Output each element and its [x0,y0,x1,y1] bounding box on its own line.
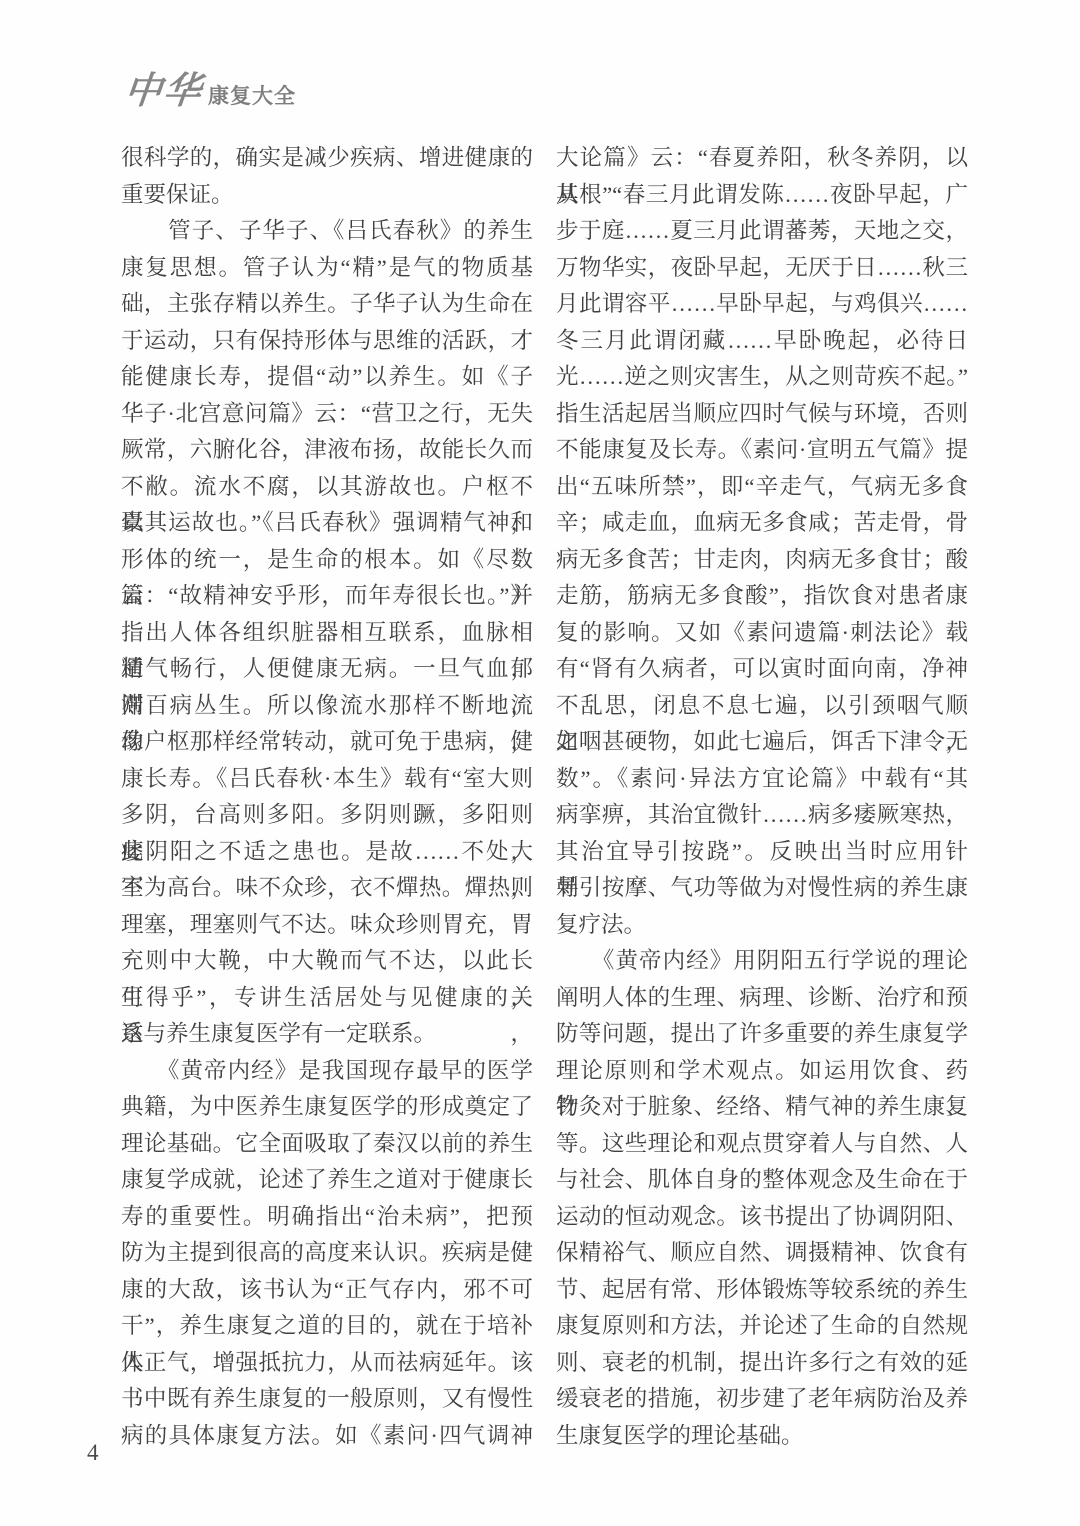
text-line: 康复原则和方法，并论述了生命的自然规 [556,1308,968,1345]
text-line: 不敝。流水不腐，以其游故也。户枢不橐， [121,469,533,506]
text-line: 础，主张存精以养生。子华子认为生命在 [121,286,533,323]
text-line: 防为主提到很高的高度来认识。疾病是健 [121,1235,533,1272]
right-text-column: 大论篇》云：“春夏养阳，秋冬养阴，以从其根”“春三月此谓发陈……夜卧早起，广步于… [556,140,968,1454]
text-line: 生康复医学的理论基础。 [556,1418,968,1455]
text-line: 书中既有养生康复的一般原则，又有慢性 [121,1381,533,1418]
text-line: 病无多食苦；甘走肉，肉病无多食甘；酸 [556,542,968,579]
text-line: 《黄帝内经》是我国现存最早的医学 [121,1053,533,1090]
text-line: 多阴，台高则多阳。多阴则蹶，多阳则痿， [121,797,533,834]
text-line: 大论篇》云：“春夏养阳，秋冬养阴，以从 [556,140,968,177]
text-line: 如咽甚硬物，如此七遍后，饵舌下津令无 [556,724,968,761]
text-line: 理论基础。它全面吸取了秦汉以前的养生 [121,1126,533,1163]
book-header-logo: 中华 康复大全 [125,60,296,110]
text-line: 复疗法。 [556,907,968,944]
logo-script-text: 中华 [122,60,206,114]
text-line: 《黄帝内经》用阴阳五行学说的理论 [556,943,968,980]
text-line: 有“肾有久病者，可以寅时面向南，净神 [556,651,968,688]
text-line: 万物华实，夜卧早起，无厌于日……秋三 [556,250,968,287]
text-line: 病的具体康复方法。如《素问·四气调神 [121,1418,533,1455]
text-line: 精气畅行，人便健康无病。一旦气血郁滞， [121,651,533,688]
text-line: 走筋，筋病无多食酸”，指饮食对患者康 [556,578,968,615]
text-line: 典籍，为中医养生康复医学的形成奠定了 [121,1089,533,1126]
text-line: 辛；咸走血，血病无多食咸；苦走骨，骨 [556,505,968,542]
text-line: 云：“故精神安乎形，而年寿很长也。”并 [121,578,533,615]
text-line: 寿的重要性。明确指出“治未病”，把预 [121,1199,533,1236]
text-line: 华子·北宫意问篇》云：“营卫之行，无失 [121,396,533,433]
text-line: 其根”“春三月此谓发陈……夜卧早起，广 [556,177,968,214]
logo-title-text: 康复大全 [208,80,296,110]
text-line: 能健康长寿，提倡“动”以养生。如《子 [121,359,533,396]
text-line: 冬三月此谓闭藏……早卧晚起，必待日 [556,323,968,360]
text-line: 以其运故也。”《吕氏春秋》强调精气神和 [121,505,533,542]
text-line: 厥常，六腑化谷，津液布扬，故能长久而 [121,432,533,469]
text-line: 导引按摩、气功等做为对慢性病的养生康 [556,870,968,907]
text-line: 其治宜导引按跷”。反映出当时应用针刺、 [556,834,968,871]
text-line: 出“五味所禁”，即“辛走气，气病无多食 [556,469,968,506]
text-line: 则、衰老的机制，提出许多行之有效的延 [556,1345,968,1382]
text-line: 防等问题，提出了许多重要的养生康复学 [556,1016,968,1053]
text-line: 节、起居有常、形体锻炼等较系统的养生 [556,1272,968,1309]
page-number: 4 [87,1440,99,1466]
text-line: 不能康复及长寿。《素问·宣明五气篇》提 [556,432,968,469]
text-line: 康复学成就，论述了养生之道对于健康长 [121,1162,533,1199]
text-line: 数”。《素问·异法方宜论篇》中载有“其 [556,761,968,798]
text-line: 很科学的，确实是减少疾病、增进健康的 [121,140,533,177]
text-line: 充则中大鞔，中大鞔而气不达，以此长生， [121,943,533,980]
text-line: 可得乎”，专讲生活居处与见健康的关系， [121,980,533,1017]
text-line: 管子、子华子、《吕氏春秋》的养生 [121,213,533,250]
text-line: 康的大敌，该书认为“正气存内，邪不可 [121,1272,533,1309]
text-line: 月此谓容平……早卧早起，与鸡俱兴…… [556,286,968,323]
text-line: 不为高台。味不众珍，衣不燀热。燀热则 [121,870,533,907]
text-line: 不乱思，闭息不息七遍，以引颈咽气顺之， [556,688,968,725]
text-line: 干”，养生康复之道的目的，就在于培补人 [121,1308,533,1345]
text-line: 保精裕气、顺应自然、调摄精神、饮食有 [556,1235,968,1272]
text-line: 重要保证。 [121,177,533,214]
text-line: 指出人体各组织脏器相互联系，血脉相通， [121,615,533,652]
text-line: 针灸对于脏象、经络、精气神的养生康复 [556,1089,968,1126]
text-line: 此阴阳之不适之患也。是故……不处大室， [121,834,533,871]
text-line: 等。这些理论和观点贯穿着人与自然、人 [556,1126,968,1163]
text-line: 理论原则和学术观点。如运用饮食、药物、 [556,1053,968,1090]
text-line: 与社会、肌体自身的整体观念及生命在于 [556,1162,968,1199]
text-line: 指生活起居当顺应四时气候与环境，否则 [556,396,968,433]
text-line: 复的影响。又如《素问遗篇·刺法论》载 [556,615,968,652]
text-line: 像户枢那样经常转动，就可免于患病，健 [121,724,533,761]
text-line: 阐明人体的生理、病理、诊断、治疗和预 [556,980,968,1017]
text-line: 病挛痹，其治宜微针……病多痿厥寒热， [556,797,968,834]
text-line: 步于庭……夏三月此谓蕃莠，天地之交， [556,213,968,250]
text-line: 理塞，理塞则气不达。味众珍则胃充，胃 [121,907,533,944]
text-line: 康复思想。管子认为“精”是气的物质基 [121,250,533,287]
text-line: 康长寿。《吕氏春秋·本生》载有“室大则 [121,761,533,798]
text-line: 光……逆之则灾害生，从之则苛疾不起。” [556,359,968,396]
book-page: 中华 康复大全 很科学的，确实是减少疾病、增进健康的重要保证。 管子、子华子、《… [0,0,1080,1526]
text-line: 体正气，增强抵抗力，从而祛病延年。该 [121,1345,533,1382]
text-line: 运动的恒动观念。该书提出了协调阴阳、 [556,1199,968,1236]
left-text-column: 很科学的，确实是减少疾病、增进健康的重要保证。 管子、子华子、《吕氏春秋》的养生… [121,140,533,1454]
text-line: 形体的统一，是生命的根本。如《尽数篇》 [121,542,533,579]
text-line: 于运动，只有保持形体与思维的活跃，才 [121,323,533,360]
text-line: 则百病丛生。所以像流水那样不断地流动， [121,688,533,725]
text-line: 缓衰老的措施，初步建了老年病防治及养 [556,1381,968,1418]
